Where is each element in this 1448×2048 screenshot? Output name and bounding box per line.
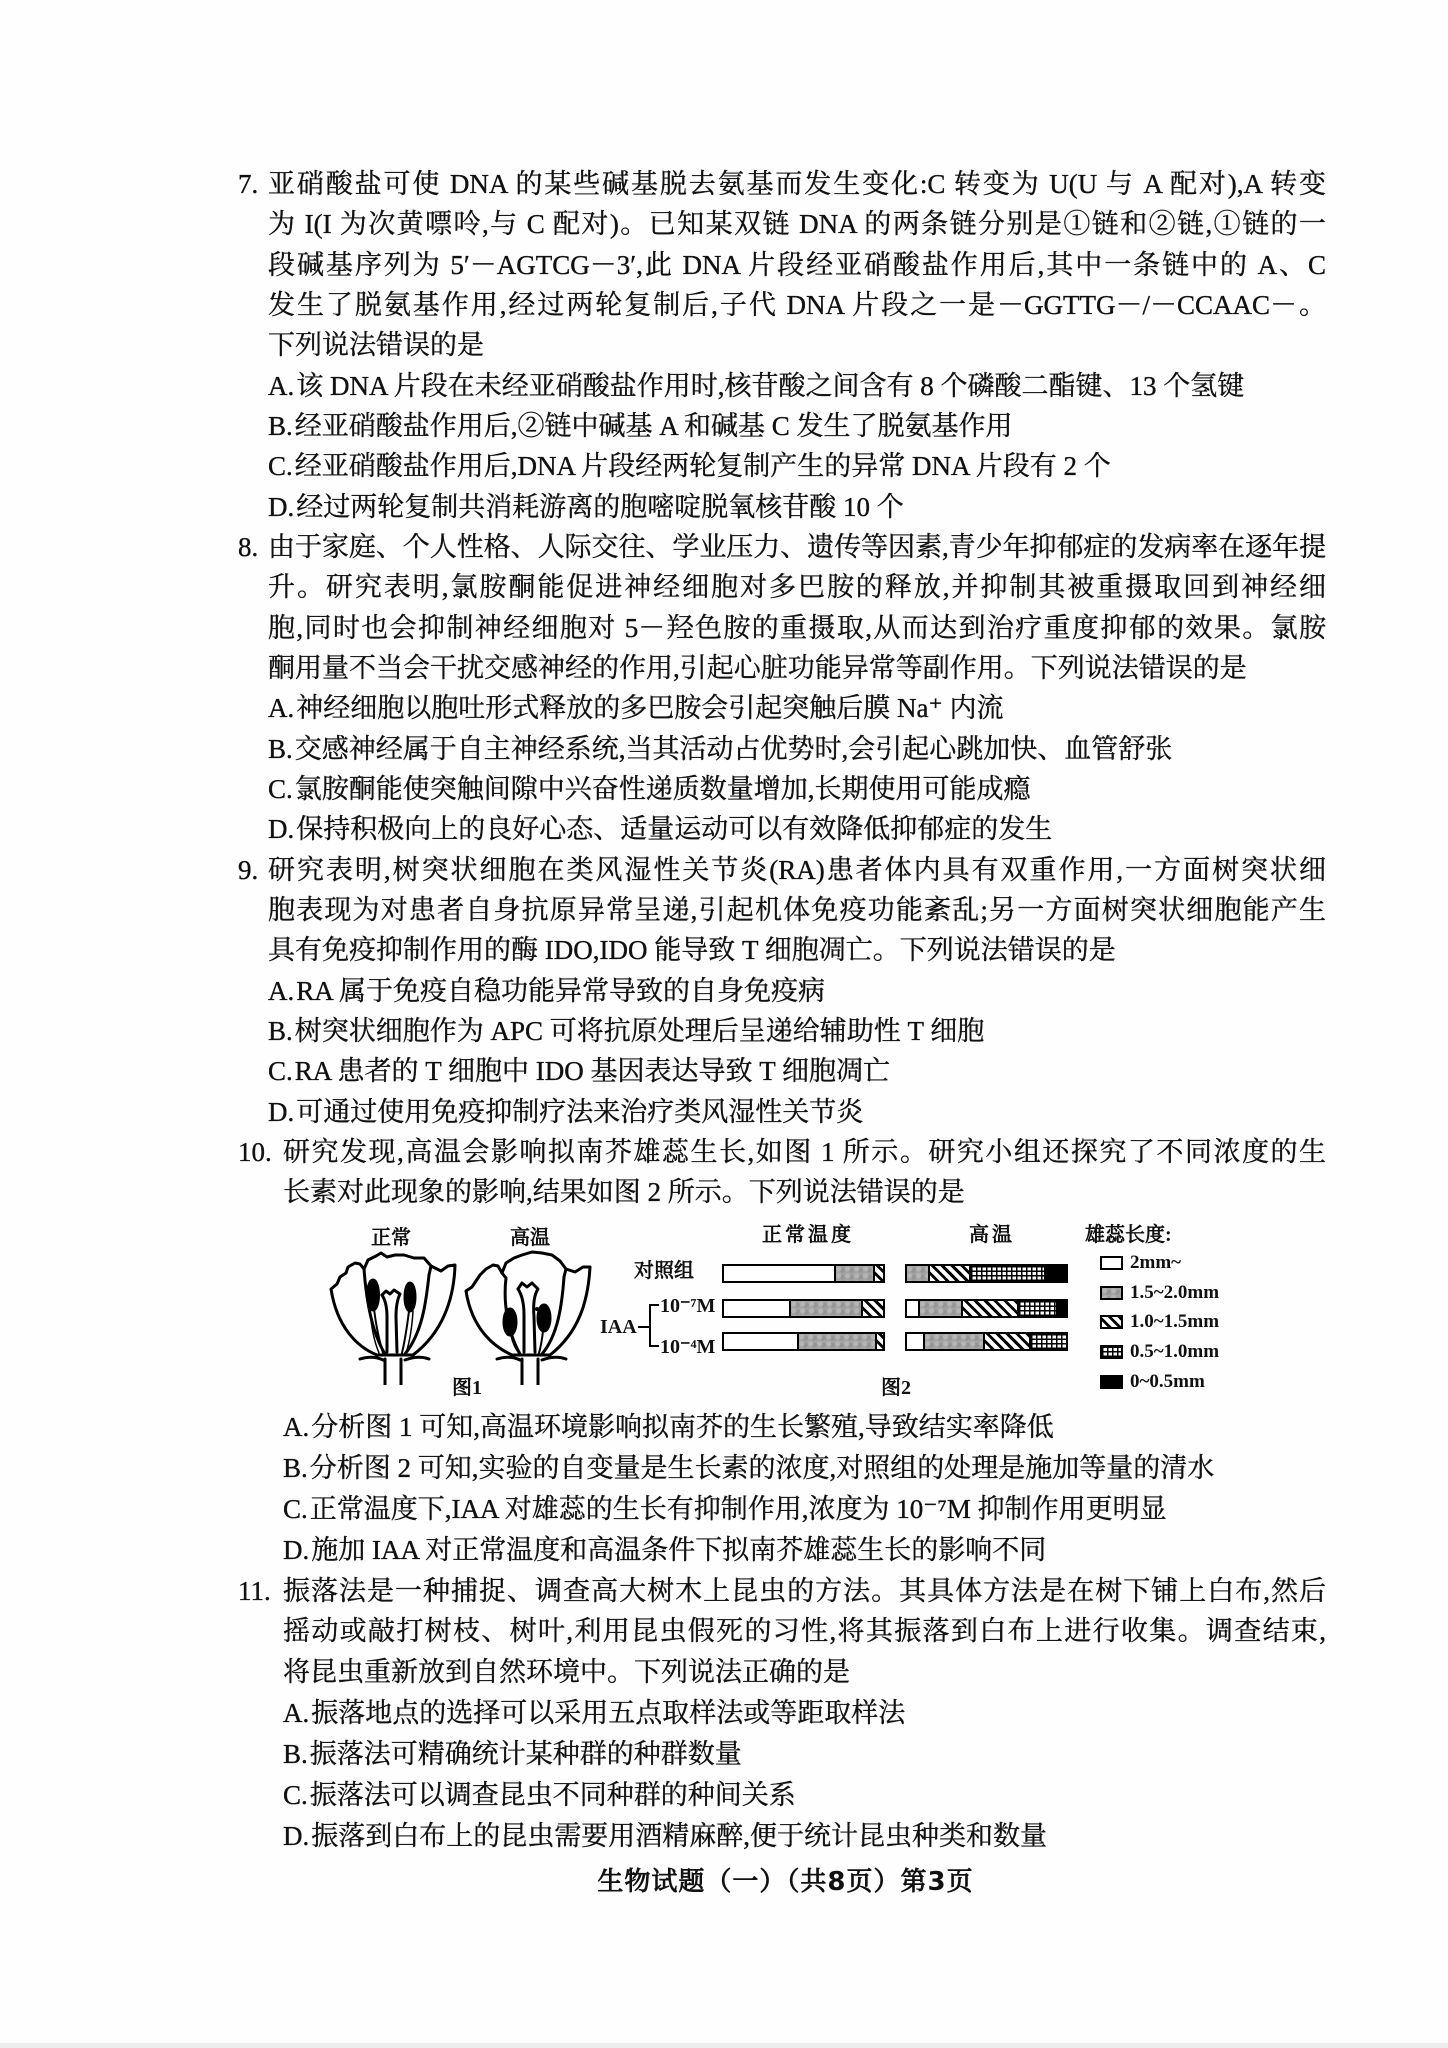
option-b[interactable]: B.振落法可精确统计某种群的种群数量 bbox=[283, 1734, 1326, 1775]
bracket-top-tick bbox=[649, 1304, 659, 1306]
option-text: 分析图 2 可知,实验的自变量是生长素的浓度,对照组的处理是施加等量的清水 bbox=[310, 1453, 1215, 1483]
option-a[interactable]: A.神经细胞以胞吐形式释放的多巴胺会引起突触后膜 Na⁺ 内流 bbox=[268, 688, 1326, 728]
figure1-caption: 图1 bbox=[452, 1376, 482, 1400]
option-d[interactable]: D.振落到白布上的昆虫需要用酒精麻醉,便于统计昆虫种类和数量 bbox=[283, 1816, 1326, 1857]
bar-segment-gray bbox=[907, 1266, 928, 1281]
option-text: 树突状细胞作为 APC 可将抗原处理后呈递给辅助性 T 细胞 bbox=[295, 1016, 985, 1046]
bar-segment-black bbox=[1044, 1266, 1066, 1281]
option-label: B. bbox=[283, 1734, 308, 1775]
bracket-bottom-tick bbox=[649, 1345, 659, 1347]
question-stem-line: 7. 亚硝酸盐可使 DNA 的某些碱基脱去氨基而发生变化:C 转变为 U(U 与… bbox=[238, 164, 1326, 204]
option-text: 交感神经属于自主神经系统,当其活动占优势时,会引起心跳加快、血管舒张 bbox=[295, 734, 1173, 764]
questions-block-2: A.分析图 1 可知,高温环境影响拟南芥的生长繁殖,导致结实率降低 B.分析图 … bbox=[0, 1407, 1448, 1857]
question-stem-line: 发生了脱氨基作用,经过两轮复制后,子代 DNA 片段之一是－GGTTG－/－CC… bbox=[268, 285, 1326, 325]
question-7: 7. 亚硝酸盐可使 DNA 的某些碱基脱去氨基而发生变化:C 转变为 U(U 与… bbox=[0, 164, 1448, 527]
question-prompt: 具有免疫抑制作用的酶 IDO,IDO 能导致 T 细胞凋亡。下列说法错误的是 bbox=[268, 930, 1326, 970]
bar-segment-gray bbox=[789, 1301, 861, 1316]
option-a[interactable]: A.该 DNA 片段在未经亚硝酸盐作用时,核苷酸之间含有 8 个磷酸二酯键、13… bbox=[268, 366, 1326, 406]
option-label: C. bbox=[268, 446, 293, 486]
legend-swatch-hatch-icon bbox=[1100, 1315, 1123, 1329]
option-d[interactable]: D.保持积极向上的良好心态、适量运动可以有效降低抑郁症的发生 bbox=[268, 809, 1326, 849]
option-b[interactable]: B.经亚硝酸盐作用后,②链中碱基 A 和碱基 C 发生了脱氨基作用 bbox=[268, 406, 1326, 446]
question-stem-line: 9. 研究表明,树突状细胞在类风湿性关节炎(RA)患者体内具有双重作用,一方面树… bbox=[238, 850, 1326, 890]
panel-header-high-temp: 高温 bbox=[969, 1223, 1015, 1247]
bar-segment-grid bbox=[1029, 1334, 1066, 1349]
option-c[interactable]: C.经亚硝酸盐作用后,DNA 片段经两轮复制产生的异常 DNA 片段有 2 个 bbox=[268, 446, 1326, 486]
option-text: 振落法可精确统计某种群的种群数量 bbox=[310, 1739, 742, 1769]
option-label: D. bbox=[268, 1092, 294, 1132]
question-prompt: 将昆虫重新放到自然环境中。下列说法正确的是 bbox=[283, 1652, 1326, 1693]
option-label: B. bbox=[268, 1011, 293, 1051]
legend-label: 0.5~1.0mm bbox=[1130, 1341, 1219, 1363]
bracket-vertical bbox=[649, 1304, 651, 1347]
legend-swatch-white-icon bbox=[1100, 1256, 1123, 1270]
question-stem-text: 亚硝酸盐可使 DNA 的某些碱基脱去氨基而发生变化:C 转变为 U(U 与 A … bbox=[268, 164, 1326, 204]
option-text: RA 患者的 T 细胞中 IDO 基因表达导致 T 细胞凋亡 bbox=[295, 1056, 890, 1086]
question-prompt: 下列说法错误的是 bbox=[268, 325, 1326, 365]
exam-page: 7. 亚硝酸盐可使 DNA 的某些碱基脱去氨基而发生变化:C 转变为 U(U 与… bbox=[0, 0, 1448, 2048]
option-label: B. bbox=[268, 729, 293, 769]
bar-normal-iaa-1e-4 bbox=[722, 1332, 885, 1351]
bar-segment-white bbox=[907, 1301, 918, 1316]
question-number: 7. bbox=[238, 164, 268, 204]
question-11: 11. 振落法是一种捕捉、调查高大树木上昆虫的方法。其具体方法是在树下铺上白布,… bbox=[0, 1571, 1448, 1857]
legend-swatch-black-icon bbox=[1100, 1375, 1123, 1389]
bar-segment-black bbox=[1056, 1301, 1066, 1316]
question-stem-line: 8. 由于家庭、个人性格、人际交往、学业压力、遗传等因素,青少年抑郁症的发病率在… bbox=[238, 527, 1326, 567]
legend-label: 0~0.5mm bbox=[1130, 1371, 1205, 1393]
bottom-edge-divider bbox=[0, 2043, 1448, 2048]
question-number: 9. bbox=[238, 850, 268, 890]
option-a[interactable]: A.振落地点的选择可以采用五点取样法或等距取样法 bbox=[283, 1693, 1326, 1734]
legend-label: 1.5~2.0mm bbox=[1130, 1282, 1219, 1304]
bar-segment-hatch bbox=[873, 1266, 883, 1281]
panel-header-normal-temp: 正常温度 bbox=[762, 1223, 854, 1247]
option-label: B. bbox=[268, 406, 293, 446]
option-d[interactable]: D.可通过使用免疫抑制疗法来治疗类风湿性关节炎 bbox=[268, 1092, 1326, 1132]
option-b[interactable]: B.树突状细胞作为 APC 可将抗原处理后呈递给辅助性 T 细胞 bbox=[268, 1011, 1326, 1051]
question-stem-line: 摇动或敲打树枝、树叶,利用昆虫假死的习性,将其振落到白布上进行收集。调查结束, bbox=[283, 1611, 1326, 1652]
option-b[interactable]: B.交感神经属于自主神经系统,当其活动占优势时,会引起心跳加快、血管舒张 bbox=[268, 729, 1326, 769]
option-label: B. bbox=[283, 1448, 308, 1489]
bar-segment-white bbox=[907, 1334, 923, 1349]
option-text: 振落到白布上的昆虫需要用酒精麻醉,便于统计昆虫种类和数量 bbox=[311, 1821, 1047, 1851]
option-text: 正常温度下,IAA 对雄蕊的生长有抑制作用,浓度为 10⁻⁷M 抑制作用更明显 bbox=[310, 1494, 1167, 1524]
bar-segment-white bbox=[724, 1301, 789, 1316]
row-label-control: 对照组 bbox=[634, 1259, 694, 1283]
question-prompt: 长素对此现象的影响,结果如图 2 所示。下列说法错误的是 bbox=[283, 1172, 1326, 1212]
question-stem-text: 由于家庭、个人性格、人际交往、学业压力、遗传等因素,青少年抑郁症的发病率在逐年提 bbox=[268, 527, 1326, 567]
legend-item-hatch: 1.0~1.5mm bbox=[1100, 1312, 1219, 1332]
question-10-options: A.分析图 1 可知,高温环境影响拟南芥的生长繁殖,导致结实率降低 B.分析图 … bbox=[0, 1407, 1448, 1571]
question-stem-line: 11. 振落法是一种捕捉、调查高大树木上昆虫的方法。其具体方法是在树下铺上白布,… bbox=[238, 1571, 1326, 1612]
option-text: 可通过使用免疫抑制疗法来治疗类风湿性关节炎 bbox=[296, 1097, 863, 1127]
question-stem-line: 升。研究表明,氯胺酮能促进神经细胞对多巴胺的释放,并抑制其被重摄取回到神经细 bbox=[268, 567, 1326, 607]
option-c[interactable]: C.RA 患者的 T 细胞中 IDO 基因表达导致 T 细胞凋亡 bbox=[268, 1051, 1326, 1091]
option-text: 氯胺酮能使突触间隙中兴奋性递质数量增加,长期使用可能成瘾 bbox=[295, 774, 1031, 804]
legend-item-white: 2mm~ bbox=[1100, 1253, 1181, 1273]
bar-segment-hatch bbox=[861, 1301, 883, 1316]
option-text: 经亚硝酸盐作用后,DNA 片段经两轮复制产生的异常 DNA 片段有 2 个 bbox=[295, 451, 1111, 481]
legend-item-gray: 1.5~2.0mm bbox=[1100, 1283, 1219, 1303]
question-stem-text: 研究发现,高温会影响拟南芥雄蕊生长,如图 1 所示。研究小组还探究了不同浓度的生 bbox=[283, 1132, 1326, 1172]
option-c[interactable]: C.氯胺酮能使突触间隙中兴奋性递质数量增加,长期使用可能成瘾 bbox=[268, 769, 1326, 809]
option-text: 神经细胞以胞吐形式释放的多巴胺会引起突触后膜 Na⁺ 内流 bbox=[296, 693, 1003, 723]
bar-segment-gray bbox=[923, 1334, 983, 1349]
option-text: RA 属于免疫自稳功能异常导致的自身免疫病 bbox=[296, 976, 825, 1006]
option-label: D. bbox=[268, 487, 294, 527]
bar-segment-white bbox=[724, 1266, 834, 1281]
option-c[interactable]: C.正常温度下,IAA 对雄蕊的生长有抑制作用,浓度为 10⁻⁷M 抑制作用更明… bbox=[283, 1489, 1326, 1530]
bar-high-iaa-1e-4 bbox=[905, 1332, 1068, 1351]
bar-segment-hatch bbox=[961, 1301, 1017, 1316]
bar-segment-hatch bbox=[983, 1334, 1029, 1349]
legend-label: 2mm~ bbox=[1130, 1252, 1181, 1274]
option-label: D. bbox=[283, 1530, 309, 1571]
option-label: A. bbox=[268, 688, 294, 728]
bar-high-control bbox=[905, 1264, 1068, 1283]
option-label: A. bbox=[268, 366, 294, 406]
question-number: 10. bbox=[238, 1132, 283, 1172]
option-label: A. bbox=[268, 971, 294, 1011]
option-b[interactable]: B.分析图 2 可知,实验的自变量是生长素的浓度,对照组的处理是施加等量的清水 bbox=[283, 1448, 1326, 1489]
option-label: C. bbox=[283, 1489, 308, 1530]
bar-normal-iaa-1e-7 bbox=[722, 1299, 885, 1318]
option-c[interactable]: C.振落法可以调查昆虫不同种群的种间关系 bbox=[283, 1775, 1326, 1816]
question-stem-line: 胞表现为对患者自身抗原异常呈递,引起机体免疫功能紊乱;另一方面树突状细胞能产生 bbox=[268, 890, 1326, 930]
bar-segment-white bbox=[724, 1334, 797, 1349]
option-label: C. bbox=[268, 1051, 293, 1091]
option-d[interactable]: D.施加 IAA 对正常温度和高温条件下拟南芥雄蕊生长的影响不同 bbox=[283, 1530, 1326, 1571]
option-label: D. bbox=[268, 809, 294, 849]
question-stem-line: 胞,同时也会抑制神经细胞对 5－羟色胺的重摄取,从而达到治疗重度抑郁的效果。氯胺 bbox=[268, 608, 1326, 648]
question-stem-text: 振落法是一种捕捉、调查高大树木上昆虫的方法。其具体方法是在树下铺上白布,然后 bbox=[283, 1571, 1326, 1612]
row-label-iaa-1e-4: 10⁻⁴M bbox=[660, 1335, 715, 1359]
option-text: 经亚硝酸盐作用后,②链中碱基 A 和碱基 C 发生了脱氨基作用 bbox=[295, 411, 1013, 441]
legend-swatch-gray-icon bbox=[1100, 1286, 1123, 1300]
option-text: 振落地点的选择可以采用五点取样法或等距取样法 bbox=[311, 1698, 905, 1728]
question-number: 8. bbox=[238, 527, 268, 567]
bar-segment-grid bbox=[1017, 1301, 1057, 1316]
bar-segment-gray bbox=[834, 1266, 874, 1281]
legend-title: 雄蕊长度: bbox=[1085, 1223, 1172, 1247]
question-stem-text: 研究表明,树突状细胞在类风湿性关节炎(RA)患者体内具有双重作用,一方面树突状细 bbox=[268, 850, 1326, 890]
question-stem-line: 为 I(I 为次黄嘌呤,与 C 配对)。已知某双链 DNA 的两条链分别是①链和… bbox=[268, 204, 1326, 244]
option-text: 经过两轮复制共消耗游离的胞嘧啶脱氧核苷酸 10 个 bbox=[296, 492, 904, 522]
question-8: 8. 由于家庭、个人性格、人际交往、学业压力、遗传等因素,青少年抑郁症的发病率在… bbox=[0, 527, 1448, 850]
bar-segment-grid bbox=[969, 1266, 1044, 1281]
option-text: 振落法可以调查昆虫不同种群的种间关系 bbox=[310, 1780, 796, 1810]
question-10-stem: 10. 研究发现,高温会影响拟南芥雄蕊生长,如图 1 所示。研究小组还探究了不同… bbox=[0, 1132, 1448, 1213]
flower-normal-illustration bbox=[325, 1245, 465, 1385]
option-a[interactable]: A.分析图 1 可知,高温环境影响拟南芥的生长繁殖,导致结实率降低 bbox=[283, 1407, 1326, 1448]
bar-normal-control bbox=[722, 1264, 885, 1283]
legend-label: 1.0~1.5mm bbox=[1130, 1311, 1219, 1333]
row-label-iaa: IAA bbox=[600, 1315, 637, 1339]
question-stem-line: 10. 研究发现,高温会影响拟南芥雄蕊生长,如图 1 所示。研究小组还探究了不同… bbox=[238, 1132, 1326, 1172]
option-d[interactable]: D.经过两轮复制共消耗游离的胞嘧啶脱氧核苷酸 10 个 bbox=[268, 487, 1326, 527]
option-label: D. bbox=[283, 1816, 309, 1857]
page-footer: 生物试题（一）（共8页）第3页 bbox=[583, 1866, 988, 1898]
legend-swatch-grid-icon bbox=[1100, 1345, 1123, 1359]
figure2-caption: 图2 bbox=[881, 1376, 911, 1400]
option-label: A. bbox=[283, 1693, 309, 1734]
bar-segment-hatch bbox=[928, 1266, 969, 1281]
option-text: 保持积极向上的良好心态、适量运动可以有效降低抑郁症的发生 bbox=[296, 814, 1052, 844]
option-label: A. bbox=[283, 1407, 309, 1448]
question-stem-line: 段碱基序列为 5′－AGTCG－3′,此 DNA 片段经亚硝酸盐作用后,其中一条… bbox=[268, 245, 1326, 285]
bar-segment-hatch bbox=[875, 1334, 883, 1349]
option-text: 该 DNA 片段在未经亚硝酸盐作用时,核苷酸之间含有 8 个磷酸二酯键、13 个… bbox=[296, 371, 1244, 401]
option-a[interactable]: A.RA 属于免疫自稳功能异常导致的自身免疫病 bbox=[268, 971, 1326, 1011]
option-label: C. bbox=[268, 769, 293, 809]
question-9: 9. 研究表明,树突状细胞在类风湿性关节炎(RA)患者体内具有双重作用,一方面树… bbox=[0, 850, 1448, 1132]
bar-segment-gray bbox=[918, 1301, 961, 1316]
option-text: 分析图 1 可知,高温环境影响拟南芥的生长繁殖,导致结实率降低 bbox=[311, 1412, 1054, 1442]
flower-high-temp-illustration bbox=[462, 1245, 602, 1385]
bar-segment-gray bbox=[797, 1334, 875, 1349]
row-label-iaa-1e-7: 10⁻⁷M bbox=[660, 1294, 715, 1318]
questions-block-1: 7. 亚硝酸盐可使 DNA 的某些碱基脱去氨基而发生变化:C 转变为 U(U 与… bbox=[0, 164, 1448, 1213]
legend-item-grid: 0.5~1.0mm bbox=[1100, 1342, 1219, 1362]
question-prompt: 酮用量不当会干扰交感神经的作用,引起心脏功能异常等副作用。下列说法错误的是 bbox=[268, 648, 1326, 688]
option-text: 施加 IAA 对正常温度和高温条件下拟南芥雄蕊生长的影响不同 bbox=[311, 1535, 1046, 1565]
option-label: C. bbox=[283, 1775, 308, 1816]
bar-high-iaa-1e-7 bbox=[905, 1299, 1068, 1318]
legend-item-black: 0~0.5mm bbox=[1100, 1372, 1205, 1392]
question-number: 11. bbox=[238, 1571, 283, 1612]
